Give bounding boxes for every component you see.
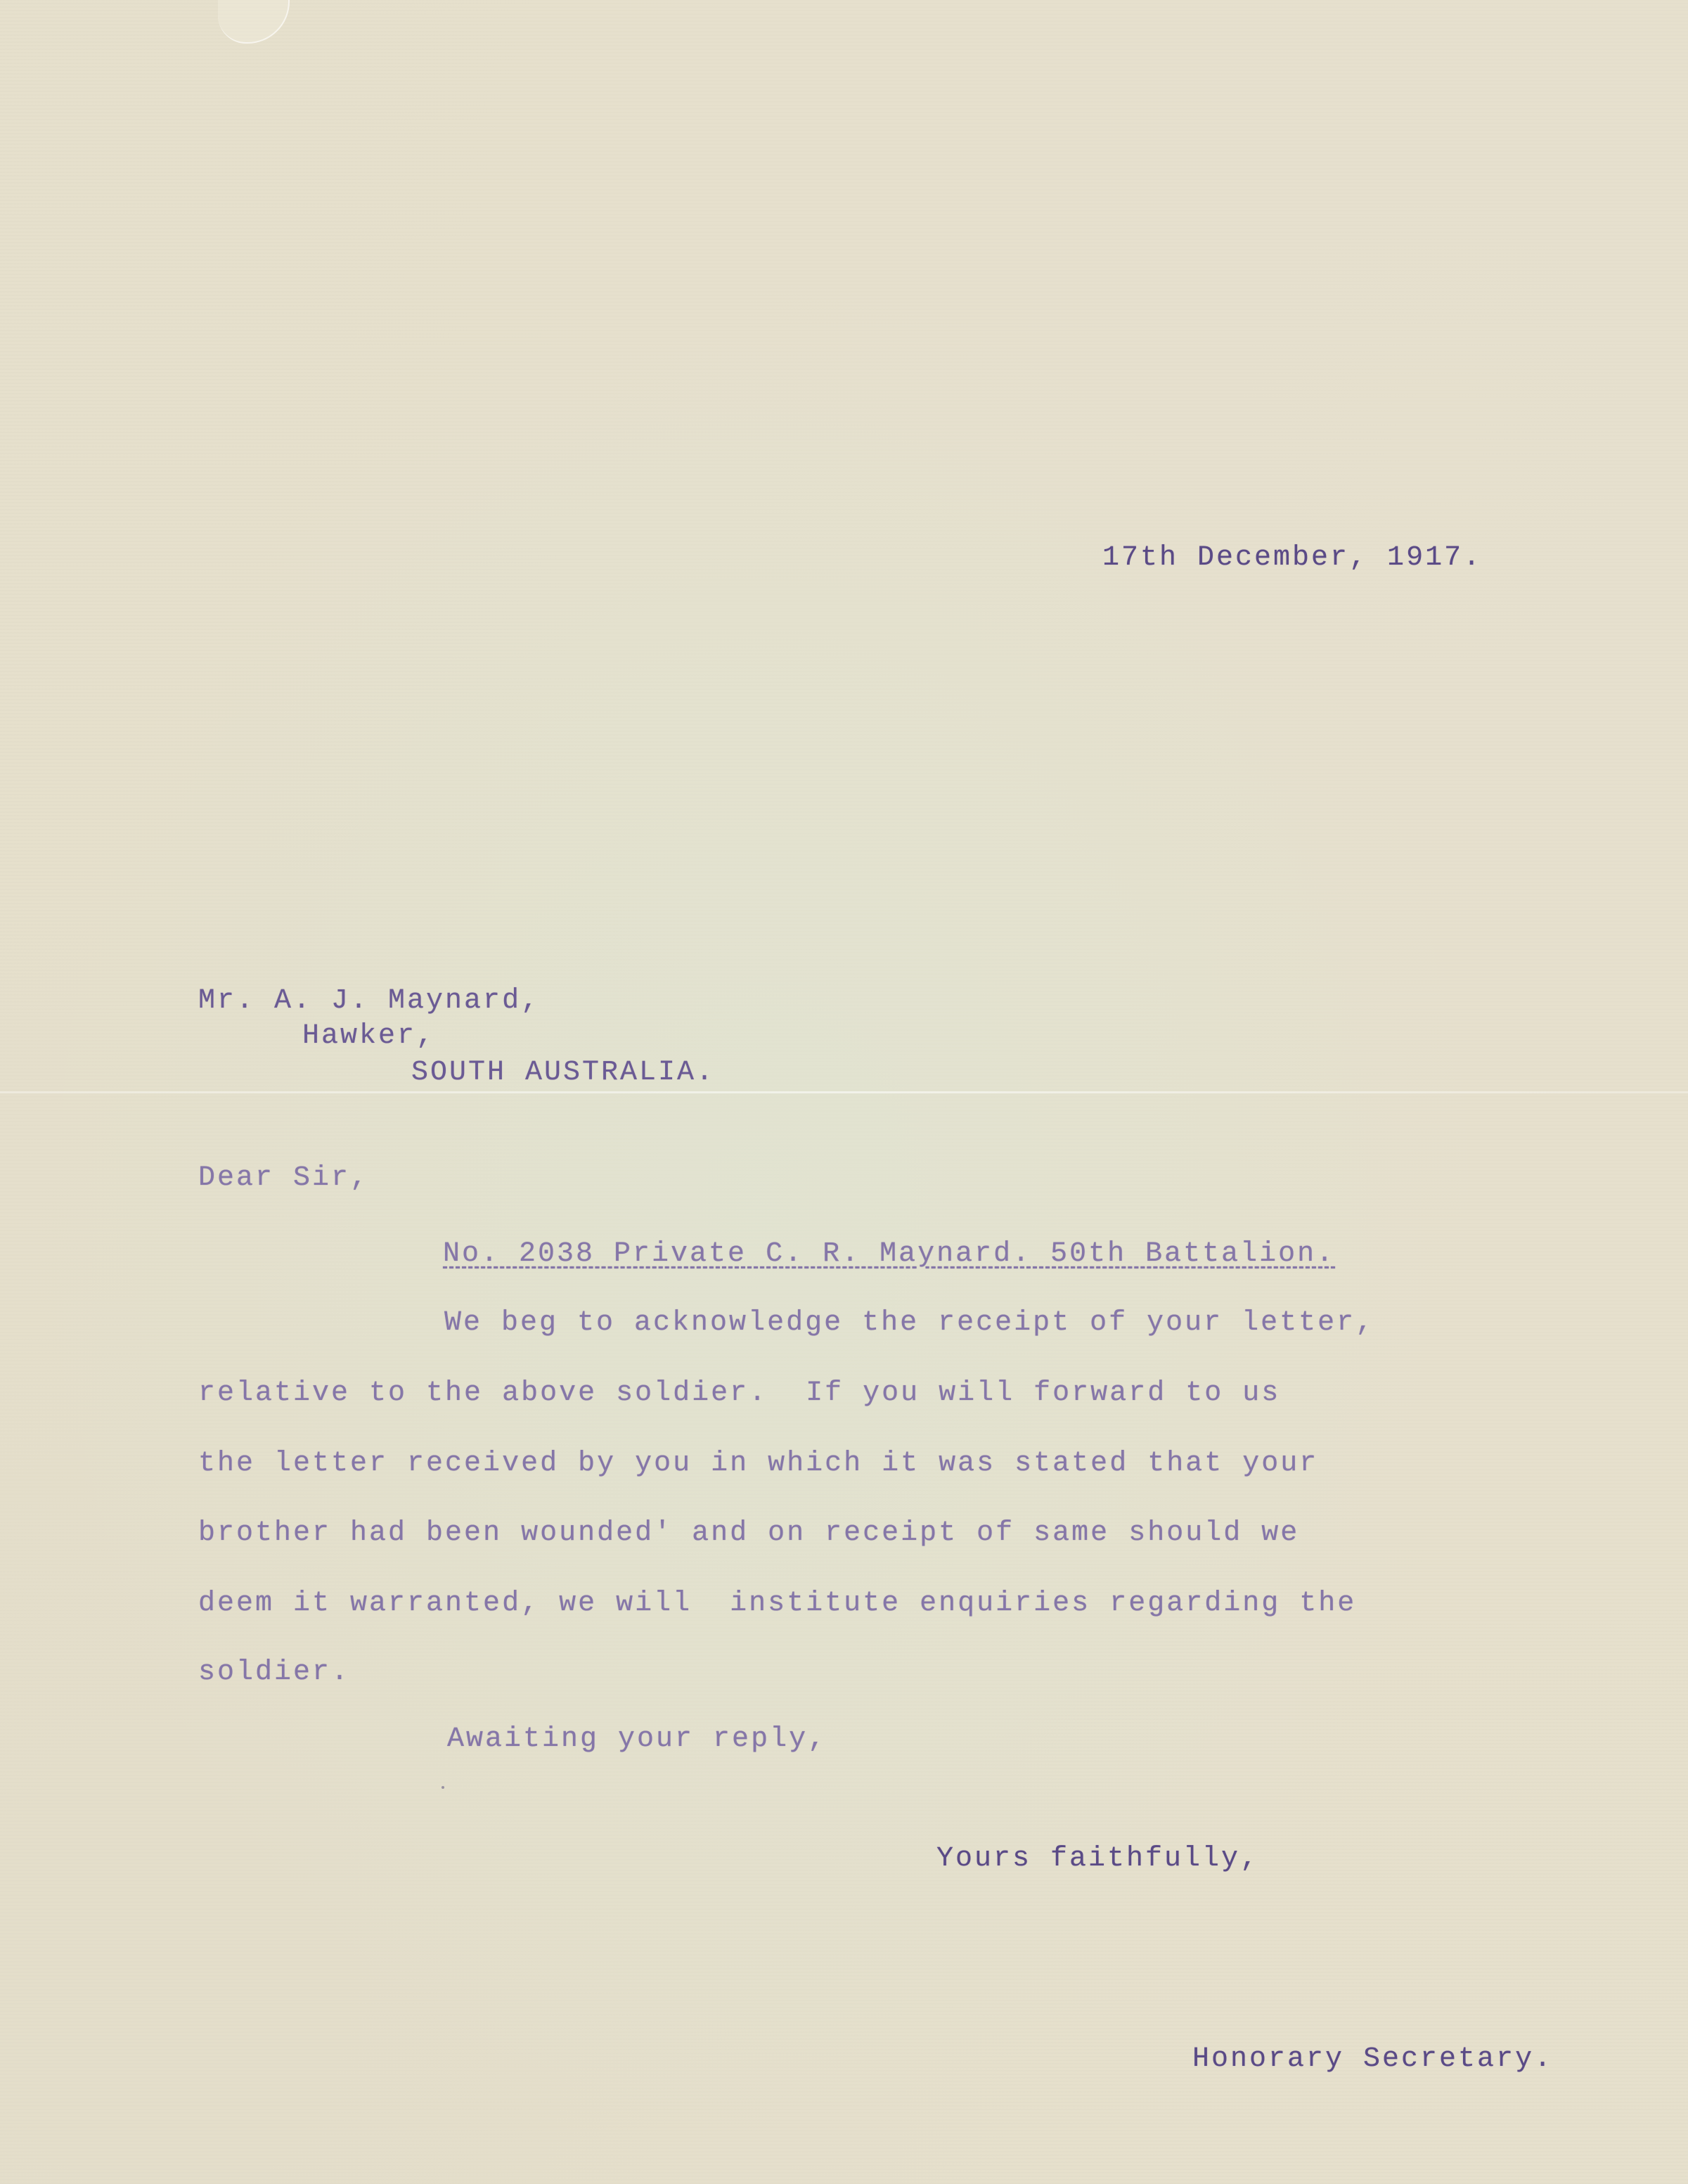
letter-date: 17th December, 1917. (1102, 541, 1482, 575)
letter-page: 17th December, 1917. Mr. A. J. Maynard, … (0, 0, 1688, 2184)
closing-line: Awaiting your reply, (447, 1723, 827, 1756)
subject-line: No. 2038 Private C. R. Maynard. 50th Bat… (443, 1238, 1335, 1271)
body-line-6: soldier. (198, 1656, 350, 1690)
body-line-3: the letter received by you in which it w… (198, 1447, 1318, 1481)
valediction: Yours faithfully, (936, 1842, 1259, 1876)
paper-fold-line (0, 1091, 1688, 1093)
recipient-town: Hawker, (302, 1020, 435, 1053)
torn-corner (218, 0, 290, 44)
body-line-2: relative to the above soldier. If you wi… (198, 1377, 1280, 1411)
salutation: Dear Sir, (198, 1162, 369, 1195)
recipient-name: Mr. A. J. Maynard, (198, 984, 540, 1018)
recipient-region: SOUTH AUSTRALIA. (411, 1056, 715, 1090)
ink-speck (442, 1786, 444, 1789)
body-line-1: We beg to acknowledge the receipt of you… (444, 1306, 1374, 1340)
body-line-4: brother had been wounded' and on receipt… (198, 1517, 1299, 1550)
signature-title: Honorary Secretary. (1192, 2043, 1553, 2076)
body-line-5: deem it warranted, we will institute enq… (198, 1587, 1356, 1621)
